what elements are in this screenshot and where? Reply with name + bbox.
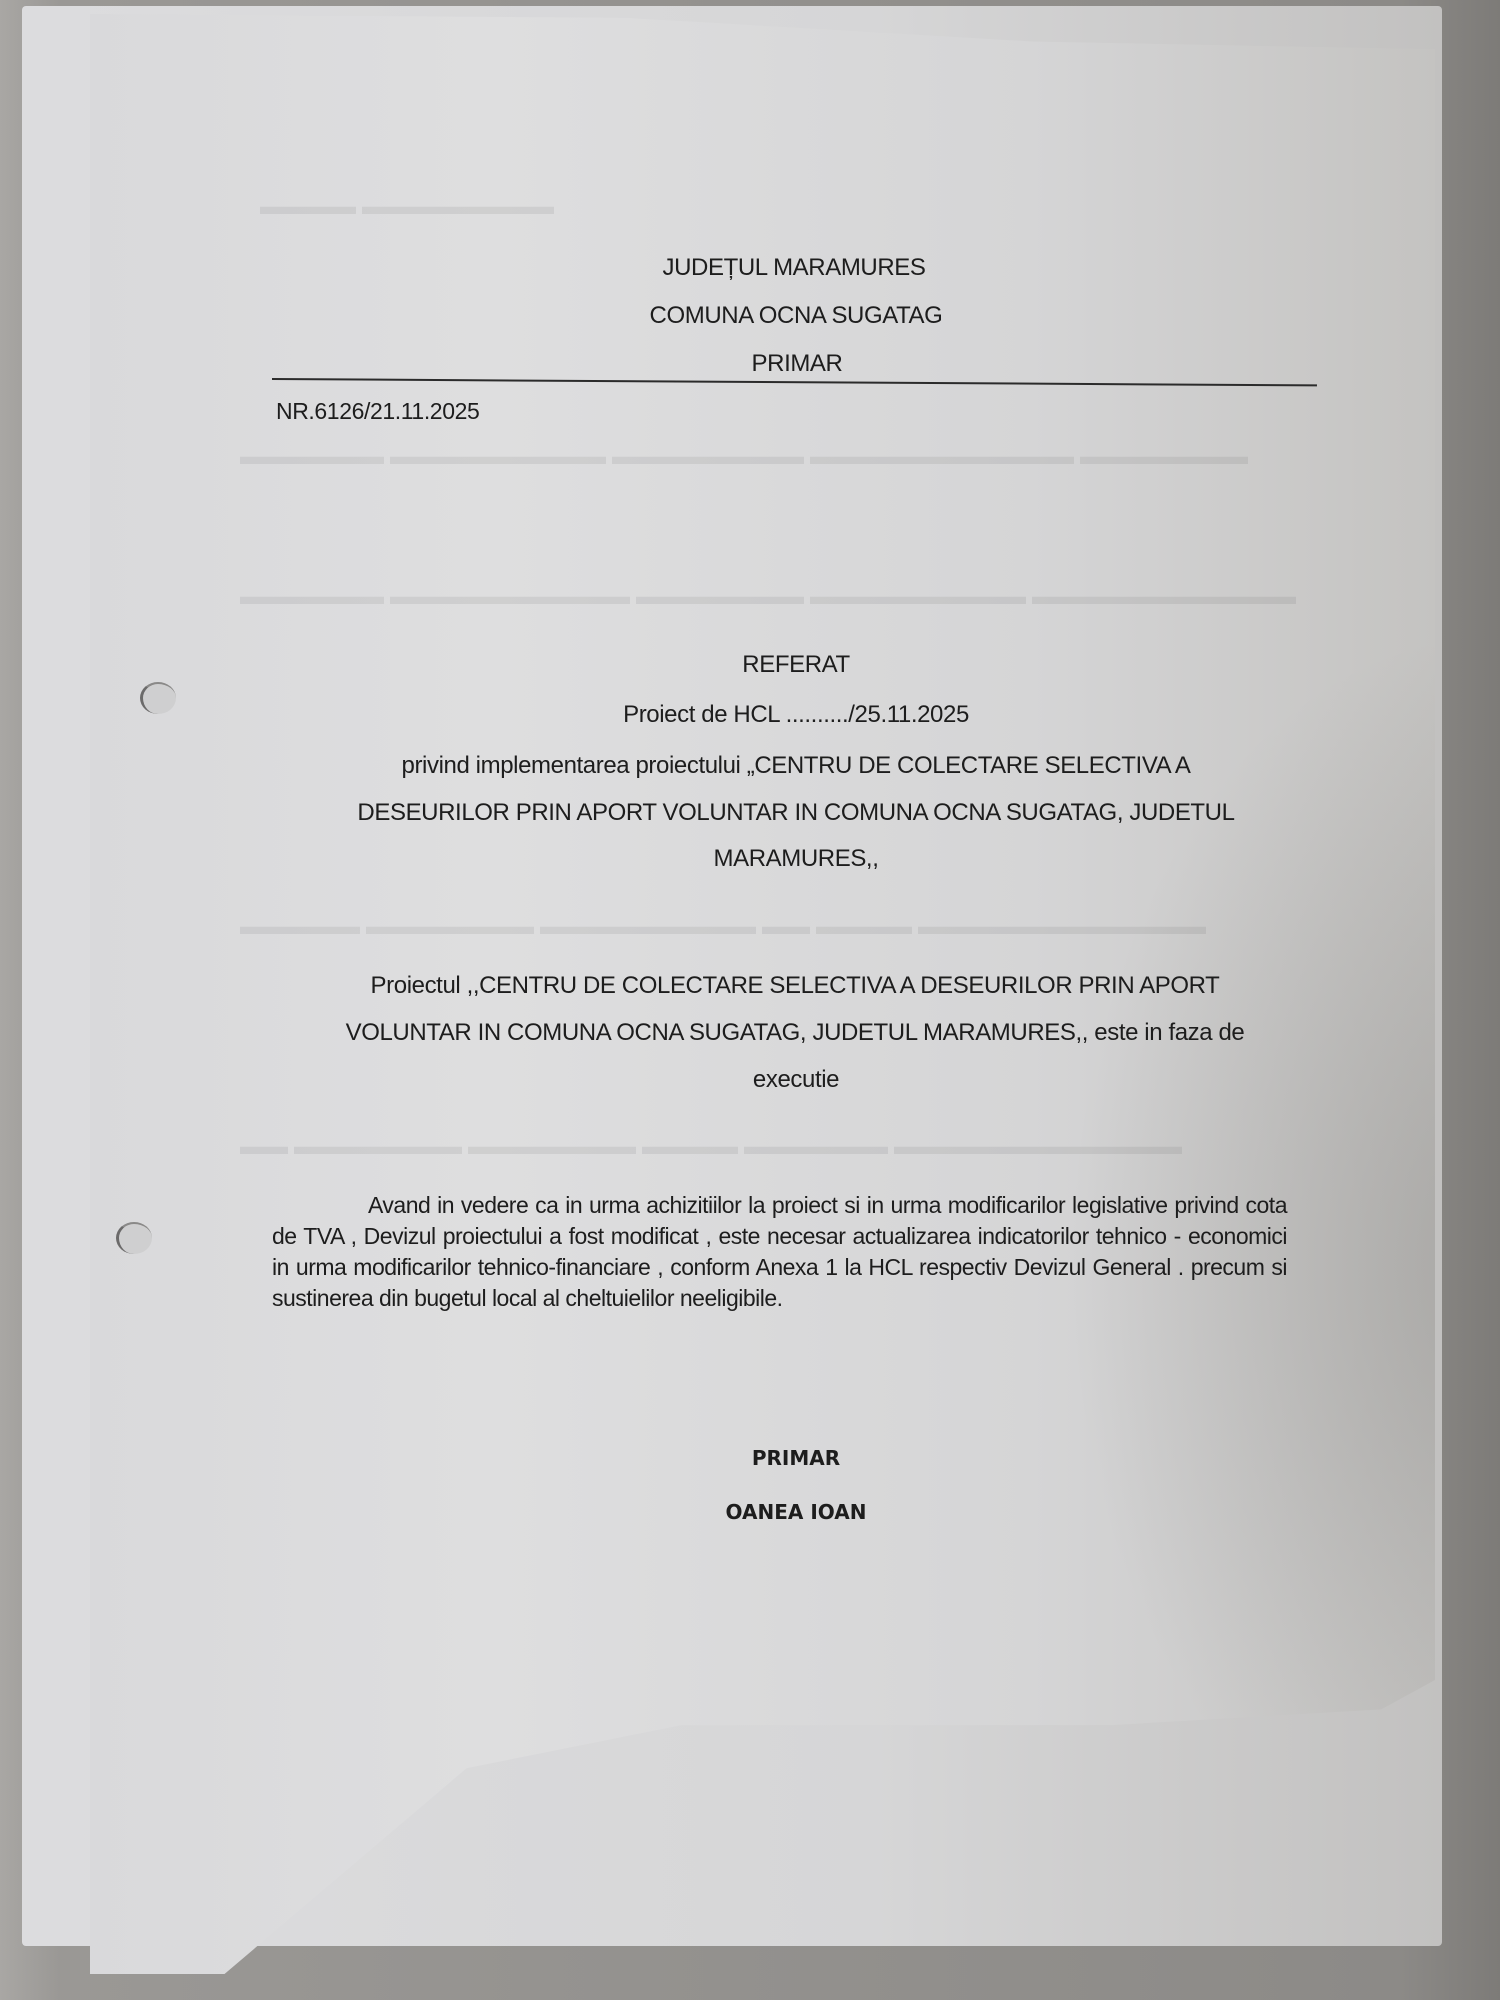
status-line-2: VOLUNTAR IN COMUNA OCNA SUGATAG, JUDETUL…: [346, 1019, 1245, 1047]
body-paragraph: Avand in vedere ca in urma achizitiilor …: [272, 1190, 1287, 1314]
subject-line-3: MARAMURES,,: [714, 845, 879, 873]
header-county: JUDEȚUL MARAMURES: [662, 254, 925, 282]
body-paragraph-text: Avand in vedere ca in urma achizitiilor …: [272, 1192, 1287, 1311]
header-commune: COMUNA OCNA SUGATAG: [650, 302, 943, 330]
show-through-text: ▬▬▬▬▬▬ ▬▬▬▬▬▬▬▬▬ ▬▬▬▬▬▬▬▬ ▬▬▬▬▬▬▬▬▬▬▬ ▬▬…: [240, 444, 1248, 471]
header-office: PRIMAR: [752, 350, 843, 378]
punch-hole: [140, 682, 176, 714]
registration-number: NR.6126/21.11.2025: [276, 398, 479, 425]
show-through-text: ▬▬▬▬▬▬ ▬▬▬▬▬▬▬▬▬▬ ▬▬▬▬▬▬▬ ▬▬▬▬▬▬▬▬▬ ▬▬▬▬…: [240, 584, 1296, 611]
project-reference: Proiect de HCL ........../25.11.2025: [623, 701, 969, 729]
subject-line-1: privind implementarea proiectului „CENTR…: [402, 752, 1191, 780]
show-through-text: ▬▬▬▬▬ ▬▬▬▬▬▬▬ ▬▬▬▬▬▬▬▬▬ ▬▬ ▬▬▬▬ ▬▬▬▬▬▬▬▬…: [240, 914, 1206, 941]
status-line-1: Proiectul ,,CENTRU DE COLECTARE SELECTIV…: [371, 972, 1220, 1000]
subject-line-2: DESEURILOR PRIN APORT VOLUNTAR IN COMUNA…: [357, 799, 1234, 827]
signature-role: PRIMAR: [752, 1446, 840, 1470]
status-line-3: executie: [753, 1066, 839, 1094]
punch-hole: [116, 1222, 152, 1254]
document-title: REFERAT: [742, 651, 849, 679]
show-through-text: ▬▬▬▬ ▬▬▬▬▬▬▬▬: [260, 194, 554, 221]
show-through-text: ▬▬ ▬▬▬▬▬▬▬ ▬▬▬▬▬▬▬ ▬▬▬▬ ▬▬▬▬▬▬ ▬▬▬▬▬▬▬▬▬…: [240, 1134, 1182, 1161]
signature-name: OANEA IOAN: [726, 1500, 867, 1524]
